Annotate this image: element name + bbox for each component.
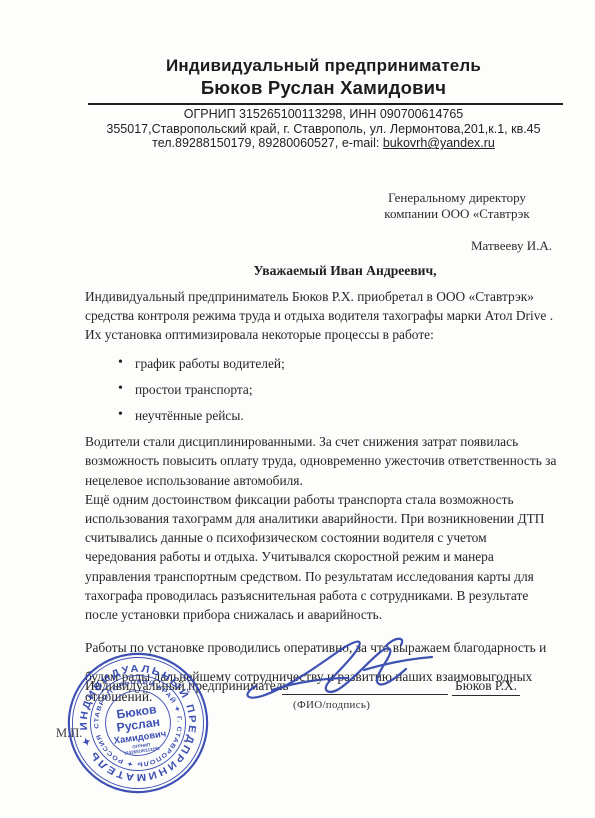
- signature-stroke: [364, 657, 432, 670]
- paragraph-discipline: Водители стали дисциплинированными. За с…: [85, 432, 559, 490]
- list-item: простои транспорта;: [135, 380, 559, 399]
- letter-page: Индивидуальный предприниматель Бюков Рус…: [0, 0, 595, 818]
- list-item: график работы водителей;: [135, 354, 559, 373]
- list-item: неучтённые рейсы.: [135, 406, 559, 425]
- recipient-line2: компании ООО «Ставтрэк: [348, 206, 566, 222]
- phone-numbers: тел.89288150179, 89280060527, e-mail:: [152, 136, 383, 150]
- letterhead: Индивидуальный предприниматель Бюков Рус…: [80, 56, 567, 151]
- signature-stroke: [386, 639, 402, 646]
- letterhead-title: Индивидуальный предприниматель: [80, 56, 567, 76]
- header-rule: [88, 103, 563, 105]
- round-stamp: ИНДИВИДУАЛЬНЫЙ ПРЕДПРИНИМАТЕЛЬ ✦ СТАВРОП…: [57, 642, 220, 805]
- email-link[interactable]: bukovrh@yandex.ru: [383, 136, 495, 150]
- paragraph-intro: Индивидуальный предприниматель Бюков Р.Х…: [85, 287, 559, 345]
- letterhead-name: Бюков Руслан Хамидович: [80, 77, 567, 99]
- handwritten-signature: [236, 634, 450, 706]
- recipient-line1: Генеральному директору: [348, 190, 566, 206]
- benefits-list: график работы водителей; простои транспо…: [85, 354, 559, 426]
- signature-stroke: [272, 678, 348, 690]
- letterhead-requisites: ОГРНИП 315265100113298, ИНН 090700614765: [80, 107, 567, 122]
- letterhead-contacts: тел.89288150179, 89280060527, e-mail: bu…: [80, 136, 567, 151]
- letterhead-address: 355017,Ставропольский край, г. Ставропол…: [80, 122, 567, 137]
- signer-name: Бюков Р.Х.: [452, 678, 520, 696]
- recipient-block: Генеральному директору компании ООО «Ста…: [348, 190, 566, 254]
- salutation: Уважаемый Иван Андреевич,: [105, 263, 585, 279]
- recipient-name: Матвееву И.А.: [348, 238, 566, 254]
- paragraph-analytics: Ещё одним достоинством фиксации работы т…: [85, 490, 559, 624]
